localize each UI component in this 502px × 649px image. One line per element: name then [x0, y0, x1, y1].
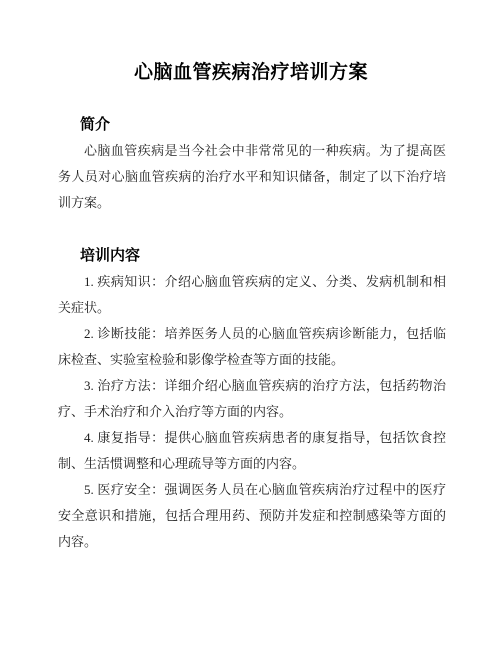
document-title: 心脑血管疾病治疗培训方案 [0, 58, 502, 88]
document-page: 心脑血管疾病治疗培训方案 简介 心脑血管疾病是当今社会中非常常见的一种疾病。为了… [0, 0, 502, 649]
intro-paragraph: 心脑血管疾病是当今社会中非常常见的一种疾病。为了提高医务人员对心脑血管疾病的治疗… [58, 138, 446, 216]
section-heading-training-content: 培训内容 [80, 242, 446, 269]
training-item-5: 5. 医疗安全：强调医务人员在心脑血管疾病治疗过程中的医疗安全意识和措施，包括合… [58, 477, 446, 555]
document-body: 简介 心脑血管疾病是当今社会中非常常见的一种疾病。为了提高医务人员对心脑血管疾病… [58, 111, 446, 555]
section-heading-intro: 简介 [80, 111, 446, 138]
training-item-1: 1. 疾病知识：介绍心脑血管疾病的定义、分类、发病机制和相关症状。 [58, 269, 446, 321]
training-item-2: 2. 诊断技能：培养医务人员的心脑血管疾病诊断能力，包括临床检查、实验室检验和影… [58, 321, 446, 373]
training-item-4: 4. 康复指导：提供心脑血管疾病患者的康复指导，包括饮食控制、生活惯调整和心理疏… [58, 425, 446, 477]
training-item-3: 3. 治疗方法：详细介绍心脑血管疾病的治疗方法，包括药物治疗、手术治疗和介入治疗… [58, 373, 446, 425]
